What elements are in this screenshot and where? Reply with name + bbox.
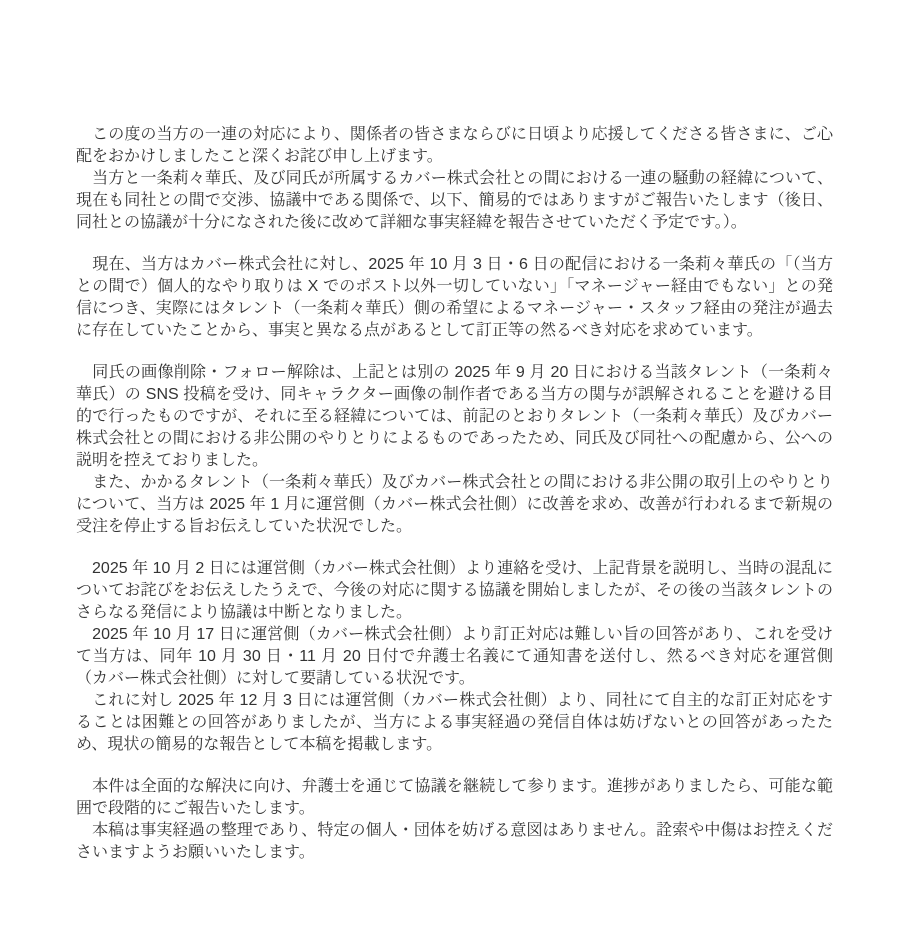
paragraph-correction-request: 現在、当方はカバー株式会社に対し、2025 年 10 月 3 日・6 日の配信に… bbox=[76, 254, 833, 342]
paragraph-group-timeline: 2025 年 10 月 2 日には運営側（カバー株式会社側）より連絡を受け、上記… bbox=[76, 558, 833, 756]
paragraph-apology: この度の当方の一連の対応により、関係者の皆さまならびに日頃より応援してくださる皆… bbox=[76, 124, 833, 168]
paragraph-group-current-claim: 現在、当方はカバー株式会社に対し、2025 年 10 月 3 日・6 日の配信に… bbox=[76, 254, 833, 342]
paragraph-group-background: 同氏の画像削除・フォロー解除は、上記とは別の 2025 年 9 月 20 日にお… bbox=[76, 362, 833, 538]
paragraph-dec3-response: これに対し 2025 年 12 月 3 日には運営側（カバー株式会社側）より、同… bbox=[76, 690, 833, 756]
statement-page: この度の当方の一連の対応により、関係者の皆さまならびに日頃より応援してくださる皆… bbox=[0, 0, 904, 932]
paragraph-image-removal: 同氏の画像削除・フォロー解除は、上記とは別の 2025 年 9 月 20 日にお… bbox=[76, 362, 833, 472]
paragraph-oct2-contact: 2025 年 10 月 2 日には運営側（カバー株式会社側）より連絡を受け、上記… bbox=[76, 558, 833, 624]
paragraph-private-dealings: また、かかるタレント（一条莉々華氏）及びカバー株式会社との間における非公開の取引… bbox=[76, 472, 833, 538]
paragraph-group-closing: 本件は全面的な解決に向け、弁護士を通じて協議を継続して参ります。進捗がありました… bbox=[76, 776, 833, 864]
paragraph-future-updates: 本件は全面的な解決に向け、弁護士を通じて協議を継続して参ります。進捗がありました… bbox=[76, 776, 833, 820]
statement-text: この度の当方の一連の対応により、関係者の皆さまならびに日頃より応援してくださる皆… bbox=[76, 124, 833, 864]
paragraph-overview: 当方と一条莉々華氏、及び同氏が所属するカバー株式会社との間における一連の騒動の経… bbox=[76, 168, 833, 234]
paragraph-no-harassment-request: 本稿は事実経過の整理であり、特定の個人・団体を妨げる意図はありません。詮索や中傷… bbox=[76, 820, 833, 864]
paragraph-group-intro: この度の当方の一連の対応により、関係者の皆さまならびに日頃より応援してくださる皆… bbox=[76, 124, 833, 234]
paragraph-oct17-response: 2025 年 10 月 17 日に運営側（カバー株式会社側）より訂正対応は難しい… bbox=[76, 624, 833, 690]
